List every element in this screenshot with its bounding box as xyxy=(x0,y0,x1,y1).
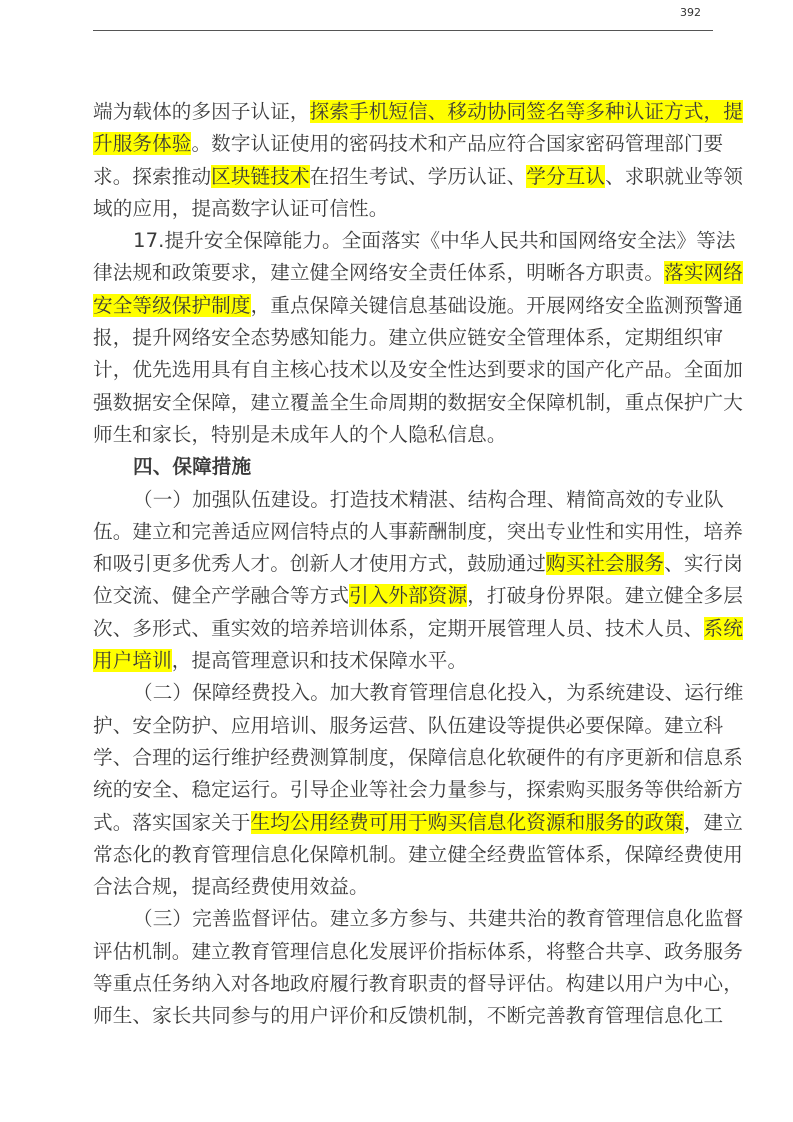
text-line: 强数据安全保障，建立覆盖全生命周期的数据安全保障机制，重点保护广大 xyxy=(93,387,715,419)
text-segment: 、实行岗 xyxy=(664,552,743,575)
highlighted-text: 安全等级保护制度 xyxy=(93,294,251,317)
section-heading: 四、保障措施 xyxy=(93,451,715,483)
text-line: 计，优先选用具有自主核心技术以及安全性达到要求的国产化产品。全面加 xyxy=(93,354,715,386)
highlighted-text: 学分互认 xyxy=(526,165,605,188)
text-segment: 域的应用，提高数字认证可信性。 xyxy=(93,197,388,220)
text-segment: 计，优先选用具有自主核心技术以及安全性达到要求的国产化产品。全面加 xyxy=(93,358,743,381)
highlighted-text: 用户培训 xyxy=(93,649,172,672)
text-line: 报，提升网络安全态势感知能力。建立供应链安全管理体系，定期组织审 xyxy=(93,322,715,354)
text-segment: 四、保障措施 xyxy=(133,455,251,478)
text-line: （二）保障经费投入。加大教育管理信息化投入，为系统建设、运行维 xyxy=(93,677,715,709)
text-line: 统的安全、稳定运行。引导企业等社会力量参与，探索购买服务等供给新方 xyxy=(93,774,715,806)
text-line: 评估机制。建立教育管理信息化发展评价指标体系，将整合共享、政务服务 xyxy=(93,936,715,968)
text-line: 域的应用，提高数字认证可信性。 xyxy=(93,193,715,225)
text-segment: 评估机制。建立教育管理信息化发展评价指标体系，将整合共享、政务服务 xyxy=(93,940,743,963)
text-segment: 伍。建立和完善适应网信特点的人事薪酬制度，突出专业性和实用性，培养 xyxy=(93,520,743,543)
page-number: 392 xyxy=(680,6,701,19)
text-segment: 。数字认证使用的密码技术和产品应符合国家密码管理部门要 xyxy=(191,132,723,155)
text-segment: 在招生考试、学历认证、 xyxy=(310,165,527,188)
text-segment: 师生、家长共同参与的用户评价和反馈机制，不断完善教育管理信息化工 xyxy=(93,1004,723,1027)
highlighted-text: 生均公用经费可用于购买信息化资源和服务的政策 xyxy=(251,811,684,834)
text-line: 端为载体的多因子认证，探索手机短信、移动协同签名等多种认证方式，提 xyxy=(93,96,715,128)
text-line: 次、多形式、重实效的培养培训体系，定期开展管理人员、技术人员、系统 xyxy=(93,613,715,645)
text-line: 伍。建立和完善适应网信特点的人事薪酬制度，突出专业性和实用性，培养 xyxy=(93,516,715,548)
text-segment: ，打破身份界限。建立健全多层 xyxy=(467,584,743,607)
text-line: 位交流、健全产学融合等方式引入外部资源，打破身份界限。建立健全多层 xyxy=(93,580,715,612)
text-segment: 次、多形式、重实效的培养培训体系，定期开展管理人员、技术人员、 xyxy=(93,617,704,640)
text-line: 17.提升安全保障能力。全面落实《中华人民共和国网络安全法》等法 xyxy=(93,225,715,257)
document-body: 端为载体的多因子认证，探索手机短信、移动协同签名等多种认证方式，提升服务体验。数… xyxy=(93,96,715,1033)
highlighted-text: 落实网络 xyxy=(664,261,743,284)
text-segment: 17.提升安全保障能力。全面落实《中华人民共和国网络安全法》等法 xyxy=(133,229,736,252)
text-line: 和吸引更多优秀人才。创新人才使用方式，鼓励通过购买社会服务、实行岗 xyxy=(93,548,715,580)
highlighted-text: 系统 xyxy=(704,617,743,640)
text-segment: 常态化的教育管理信息化保障机制。建立健全经费监管体系，保障经费使用 xyxy=(93,843,743,866)
text-segment: 位交流、健全产学融合等方式 xyxy=(93,584,349,607)
header-rule xyxy=(93,30,713,31)
text-line: 合法合规，提高经费使用效益。 xyxy=(93,871,715,903)
text-line: 求。探索推动区块链技术在招生考试、学历认证、学分互认、求职就业等领 xyxy=(93,161,715,193)
text-segment: 合法合规，提高经费使用效益。 xyxy=(93,875,369,898)
text-segment: ，建立 xyxy=(684,811,743,834)
text-line: 常态化的教育管理信息化保障机制。建立健全经费监管体系，保障经费使用 xyxy=(93,839,715,871)
highlighted-text: 探索手机短信、移动协同签名等多种认证方式，提 xyxy=(310,100,743,123)
highlighted-text: 升服务体验 xyxy=(93,132,191,155)
text-line: 护、安全防护、应用培训、服务运营、队伍建设等提供必要保障。建立科 xyxy=(93,710,715,742)
text-segment: 报，提升网络安全态势感知能力。建立供应链安全管理体系，定期组织审 xyxy=(93,326,723,349)
text-segment: ，提高管理意识和技术保障水平。 xyxy=(172,649,467,672)
text-line: 律法规和政策要求，建立健全网络安全责任体系，明晰各方职责。落实网络 xyxy=(93,257,715,289)
text-line: （一）加强队伍建设。打造技术精湛、结构合理、精简高效的专业队 xyxy=(93,484,715,516)
text-segment: （三）完善监督评估。建立多方参与、共建共治的教育管理信息化监督 xyxy=(133,907,744,930)
text-line: 师生、家长共同参与的用户评价和反馈机制，不断完善教育管理信息化工 xyxy=(93,1000,715,1032)
text-line: （三）完善监督评估。建立多方参与、共建共治的教育管理信息化监督 xyxy=(93,903,715,935)
text-line: 用户培训，提高管理意识和技术保障水平。 xyxy=(93,645,715,677)
highlighted-text: 引入外部资源 xyxy=(349,584,467,607)
text-segment: （二）保障经费投入。加大教育管理信息化投入，为系统建设、运行维 xyxy=(133,681,744,704)
text-segment: 统的安全、稳定运行。引导企业等社会力量参与，探索购买服务等供给新方 xyxy=(93,778,743,801)
text-line: 升服务体验。数字认证使用的密码技术和产品应符合国家密码管理部门要 xyxy=(93,128,715,160)
text-segment: 、求职就业等领 xyxy=(605,165,743,188)
text-segment: 式。落实国家关于 xyxy=(93,811,251,834)
text-segment: （一）加强队伍建设。打造技术精湛、结构合理、精简高效的专业队 xyxy=(133,488,724,511)
text-line: 等重点任务纳入对各地政府履行教育职责的督导评估。构建以用户为中心， xyxy=(93,968,715,1000)
text-segment: 律法规和政策要求，建立健全网络安全责任体系，明晰各方职责。 xyxy=(93,261,664,284)
text-segment: 等重点任务纳入对各地政府履行教育职责的督导评估。构建以用户为中心， xyxy=(93,972,743,995)
text-line: 安全等级保护制度，重点保障关键信息基础设施。开展网络安全监测预警通 xyxy=(93,290,715,322)
text-segment: 和吸引更多优秀人才。创新人才使用方式，鼓励通过 xyxy=(93,552,546,575)
text-segment: ，重点保障关键信息基础设施。开展网络安全监测预警通 xyxy=(251,294,743,317)
text-segment: 护、安全防护、应用培训、服务运营、队伍建设等提供必要保障。建立科 xyxy=(93,714,723,737)
text-segment: 端为载体的多因子认证， xyxy=(93,100,310,123)
highlighted-text: 购买社会服务 xyxy=(546,552,664,575)
highlighted-text: 区块链技术 xyxy=(211,165,309,188)
text-line: 学、合理的运行维护经费测算制度，保障信息化软硬件的有序更新和信息系 xyxy=(93,742,715,774)
text-segment: 强数据安全保障，建立覆盖全生命周期的数据安全保障机制，重点保护广大 xyxy=(93,391,743,414)
text-segment: 求。探索推动 xyxy=(93,165,211,188)
text-line: 师生和家长，特别是未成年人的个人隐私信息。 xyxy=(93,419,715,451)
text-segment: 师生和家长，特别是未成年人的个人隐私信息。 xyxy=(93,423,507,446)
text-segment: 学、合理的运行维护经费测算制度，保障信息化软硬件的有序更新和信息系 xyxy=(93,746,743,769)
text-line: 式。落实国家关于生均公用经费可用于购买信息化资源和服务的政策，建立 xyxy=(93,807,715,839)
